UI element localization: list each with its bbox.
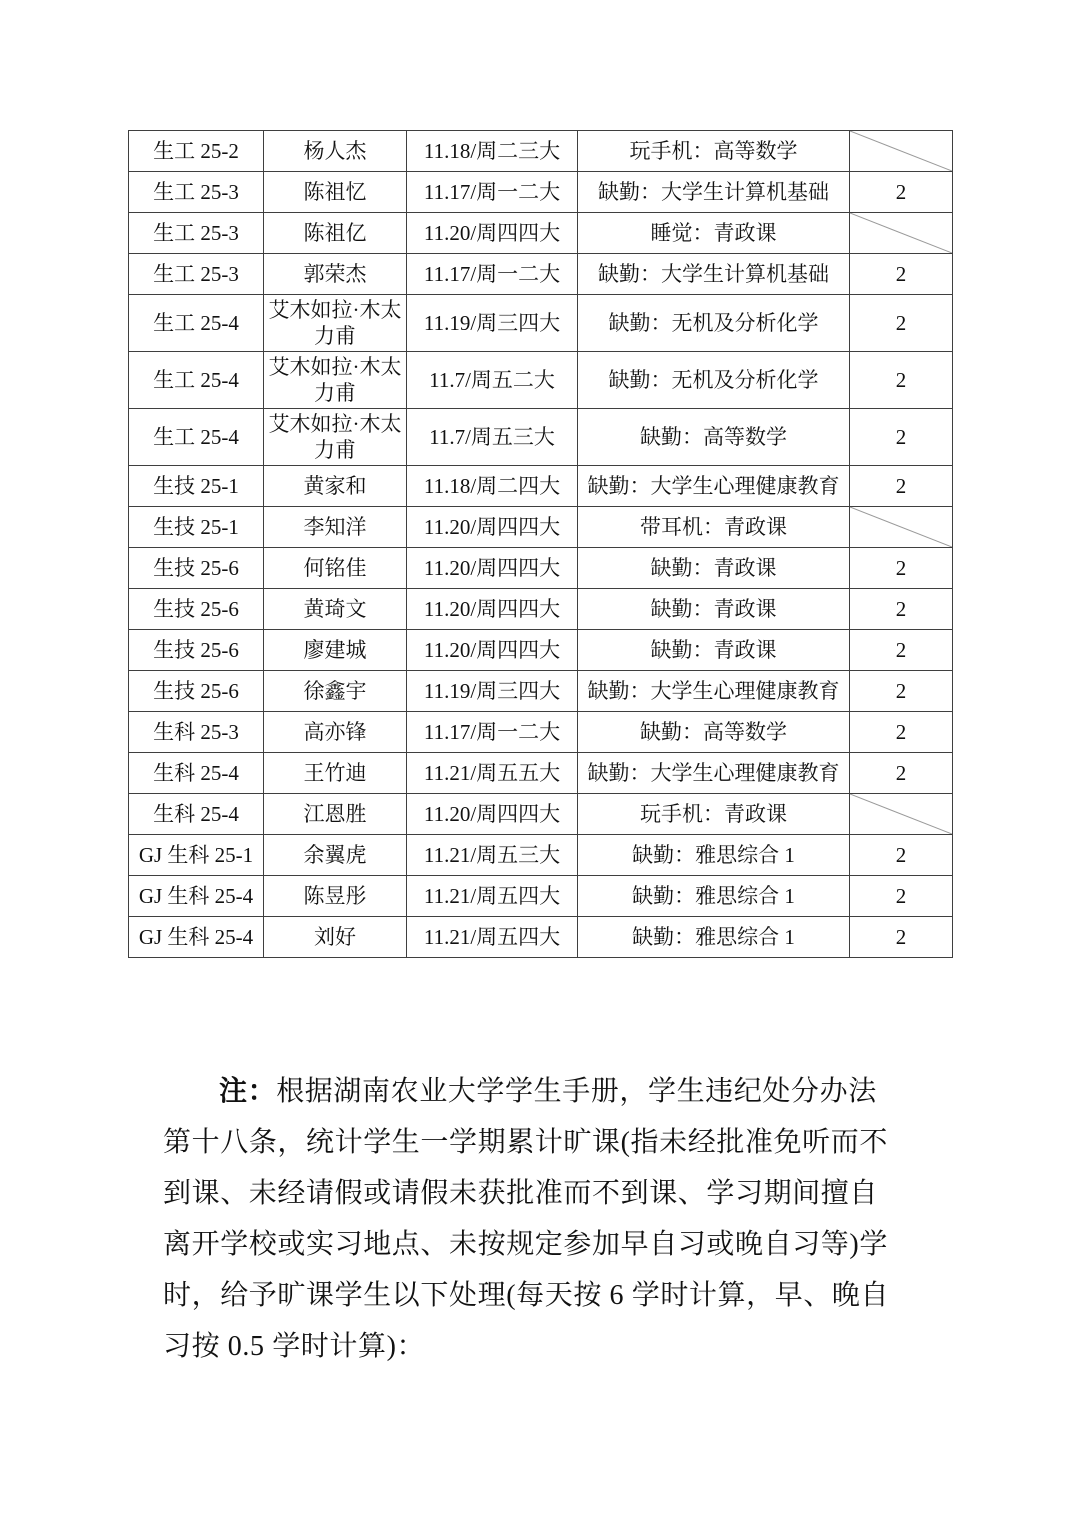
table-row: 生技 25-6廖建城11.20/周四四大缺勤：青政课2 (129, 630, 953, 671)
violation-cell: 缺勤：青政课 (578, 548, 850, 589)
class-cell: 生技 25-6 (129, 589, 264, 630)
table-row: 生科 25-4王竹迪11.21/周五五大缺勤：大学生心理健康教育2 (129, 753, 953, 794)
violation-cell: 缺勤：雅思综合 1 (578, 876, 850, 917)
note-line-6: 习按 0.5 学时计算)： (163, 1321, 923, 1372)
class-cell: 生技 25-1 (129, 466, 264, 507)
diagonal-slash-line (850, 131, 952, 171)
table-row: 生工 25-3郭荣杰11.17/周一二大缺勤：大学生计算机基础2 (129, 254, 953, 295)
name-cell: 徐鑫宇 (264, 671, 407, 712)
date-cell: 11.19/周三四大 (407, 671, 578, 712)
hours-cell: 2 (850, 835, 953, 876)
hours-cell: 2 (850, 876, 953, 917)
table-row: 生技 25-1李知洋11.20/周四四大带耳机：青政课 (129, 507, 953, 548)
violation-cell: 缺勤：大学生心理健康教育 (578, 466, 850, 507)
hours-cell: 2 (850, 589, 953, 630)
name-cell: 何铭佳 (264, 548, 407, 589)
table-row: 生技 25-1黄家和11.18/周二四大缺勤：大学生心理健康教育2 (129, 466, 953, 507)
violation-cell: 缺勤：青政课 (578, 589, 850, 630)
diagonal-slash-line (850, 507, 952, 547)
class-cell: 生工 25-4 (129, 352, 264, 409)
date-cell: 11.21/周五三大 (407, 835, 578, 876)
date-cell: 11.7/周五二大 (407, 352, 578, 409)
name-cell: 廖建城 (264, 630, 407, 671)
violations-table-body: 生工 25-2杨人杰11.18/周二三大玩手机：高等数学生工 25-3陈祖忆11… (129, 131, 953, 958)
table-row: 生工 25-3陈祖亿11.20/周四四大睡觉：青政课 (129, 213, 953, 254)
class-cell: 生工 25-3 (129, 254, 264, 295)
violation-cell: 缺勤：高等数学 (578, 409, 850, 466)
violation-cell: 缺勤：高等数学 (578, 712, 850, 753)
date-cell: 11.21/周五四大 (407, 917, 578, 958)
hours-cell: 2 (850, 409, 953, 466)
violation-cell: 缺勤：大学生计算机基础 (578, 172, 850, 213)
table-row: 生技 25-6黄琦文11.20/周四四大缺勤：青政课2 (129, 589, 953, 630)
note-paragraph: 注：根据湖南农业大学学生手册，学生违纪处分办法 第十八条，统计学生一学期累计旷课… (163, 1066, 923, 1372)
date-cell: 11.21/周五四大 (407, 876, 578, 917)
table-row: 生工 25-3陈祖忆11.17/周一二大缺勤：大学生计算机基础2 (129, 172, 953, 213)
class-cell: GJ 生科 25-4 (129, 917, 264, 958)
date-cell: 11.20/周四四大 (407, 589, 578, 630)
name-cell: 陈祖亿 (264, 213, 407, 254)
violations-table: 生工 25-2杨人杰11.18/周二三大玩手机：高等数学生工 25-3陈祖忆11… (128, 130, 953, 958)
class-cell: GJ 生科 25-1 (129, 835, 264, 876)
table-row: GJ 生科 25-1余翼虎11.21/周五三大缺勤：雅思综合 12 (129, 835, 953, 876)
violation-cell: 玩手机：青政课 (578, 794, 850, 835)
date-cell: 11.20/周四四大 (407, 630, 578, 671)
hours-cell (850, 131, 953, 172)
name-cell: 李知洋 (264, 507, 407, 548)
violation-cell: 睡觉：青政课 (578, 213, 850, 254)
note-line-1-text: 根据湖南农业大学学生手册，学生违纪处分办法 (276, 1076, 877, 1107)
diagonal-slash-line (850, 794, 952, 834)
note-line-1: 注：根据湖南农业大学学生手册，学生违纪处分办法 (163, 1066, 923, 1117)
class-cell: 生工 25-3 (129, 213, 264, 254)
date-cell: 11.21/周五五大 (407, 753, 578, 794)
name-cell: 艾木如拉·木太力甫 (264, 352, 407, 409)
table-row: 生科 25-4江恩胜11.20/周四四大玩手机：青政课 (129, 794, 953, 835)
name-cell: 陈昱彤 (264, 876, 407, 917)
name-cell: 余翼虎 (264, 835, 407, 876)
violation-cell: 缺勤：雅思综合 1 (578, 835, 850, 876)
class-cell: 生技 25-6 (129, 630, 264, 671)
hours-cell: 2 (850, 753, 953, 794)
name-cell: 王竹迪 (264, 753, 407, 794)
table-row: 生工 25-4艾木如拉·木太力甫11.7/周五二大缺勤：无机及分析化学2 (129, 352, 953, 409)
table-row: 生技 25-6何铭佳11.20/周四四大缺勤：青政课2 (129, 548, 953, 589)
date-cell: 11.20/周四四大 (407, 548, 578, 589)
class-cell: 生工 25-3 (129, 172, 264, 213)
class-cell: 生技 25-6 (129, 548, 264, 589)
hours-cell: 2 (850, 352, 953, 409)
name-cell: 刘好 (264, 917, 407, 958)
hours-cell (850, 794, 953, 835)
name-cell: 黄琦文 (264, 589, 407, 630)
table-row: 生科 25-3高亦锋11.17/周一二大缺勤：高等数学2 (129, 712, 953, 753)
violation-cell: 缺勤：大学生心理健康教育 (578, 671, 850, 712)
violation-cell: 缺勤：青政课 (578, 630, 850, 671)
name-cell: 高亦锋 (264, 712, 407, 753)
date-cell: 11.18/周二四大 (407, 466, 578, 507)
name-cell: 杨人杰 (264, 131, 407, 172)
hours-cell: 2 (850, 671, 953, 712)
document-page: 生工 25-2杨人杰11.18/周二三大玩手机：高等数学生工 25-3陈祖忆11… (0, 0, 1074, 1520)
class-cell: 生工 25-4 (129, 295, 264, 352)
hours-cell: 2 (850, 172, 953, 213)
name-cell: 黄家和 (264, 466, 407, 507)
name-cell: 艾木如拉·木太力甫 (264, 409, 407, 466)
hours-cell: 2 (850, 548, 953, 589)
violation-cell: 缺勤：无机及分析化学 (578, 295, 850, 352)
class-cell: 生工 25-2 (129, 131, 264, 172)
hours-cell (850, 507, 953, 548)
class-cell: 生技 25-6 (129, 671, 264, 712)
date-cell: 11.20/周四四大 (407, 507, 578, 548)
violation-cell: 带耳机：青政课 (578, 507, 850, 548)
violation-cell: 玩手机：高等数学 (578, 131, 850, 172)
date-cell: 11.17/周一二大 (407, 172, 578, 213)
name-cell: 江恩胜 (264, 794, 407, 835)
table-row: 生工 25-4艾木如拉·木太力甫11.19/周三四大缺勤：无机及分析化学2 (129, 295, 953, 352)
hours-cell: 2 (850, 466, 953, 507)
class-cell: 生技 25-1 (129, 507, 264, 548)
hours-cell: 2 (850, 917, 953, 958)
class-cell: 生工 25-4 (129, 409, 264, 466)
violation-cell: 缺勤：大学生计算机基础 (578, 254, 850, 295)
date-cell: 11.18/周二三大 (407, 131, 578, 172)
hours-cell: 2 (850, 712, 953, 753)
table-row: 生工 25-4艾木如拉·木太力甫11.7/周五三大缺勤：高等数学2 (129, 409, 953, 466)
date-cell: 11.20/周四四大 (407, 213, 578, 254)
class-cell: 生科 25-4 (129, 753, 264, 794)
name-cell: 艾木如拉·木太力甫 (264, 295, 407, 352)
note-line-4: 离开学校或实习地点、未按规定参加早自习或晚自习等)学 (163, 1219, 923, 1270)
violation-cell: 缺勤：雅思综合 1 (578, 917, 850, 958)
table-row: 生技 25-6徐鑫宇11.19/周三四大缺勤：大学生心理健康教育2 (129, 671, 953, 712)
diagonal-slash-line (850, 213, 952, 253)
date-cell: 11.7/周五三大 (407, 409, 578, 466)
name-cell: 郭荣杰 (264, 254, 407, 295)
name-cell: 陈祖忆 (264, 172, 407, 213)
hours-cell: 2 (850, 630, 953, 671)
class-cell: 生科 25-4 (129, 794, 264, 835)
table-row: 生工 25-2杨人杰11.18/周二三大玩手机：高等数学 (129, 131, 953, 172)
date-cell: 11.17/周一二大 (407, 254, 578, 295)
date-cell: 11.20/周四四大 (407, 794, 578, 835)
date-cell: 11.17/周一二大 (407, 712, 578, 753)
hours-cell (850, 213, 953, 254)
hours-cell: 2 (850, 295, 953, 352)
table-row: GJ 生科 25-4陈昱彤11.21/周五四大缺勤：雅思综合 12 (129, 876, 953, 917)
violation-cell: 缺勤：大学生心理健康教育 (578, 753, 850, 794)
class-cell: GJ 生科 25-4 (129, 876, 264, 917)
date-cell: 11.19/周三四大 (407, 295, 578, 352)
note-label: 注： (219, 1076, 276, 1107)
hours-cell: 2 (850, 254, 953, 295)
class-cell: 生科 25-3 (129, 712, 264, 753)
table-row: GJ 生科 25-4刘好11.21/周五四大缺勤：雅思综合 12 (129, 917, 953, 958)
note-line-2: 第十八条，统计学生一学期累计旷课(指未经批准免听而不 (163, 1117, 923, 1168)
violation-cell: 缺勤：无机及分析化学 (578, 352, 850, 409)
note-line-3: 到课、未经请假或请假未获批准而不到课、学习期间擅自 (163, 1168, 923, 1219)
note-line-5: 时，给予旷课学生以下处理(每天按 6 学时计算，早、晚自 (163, 1270, 923, 1321)
